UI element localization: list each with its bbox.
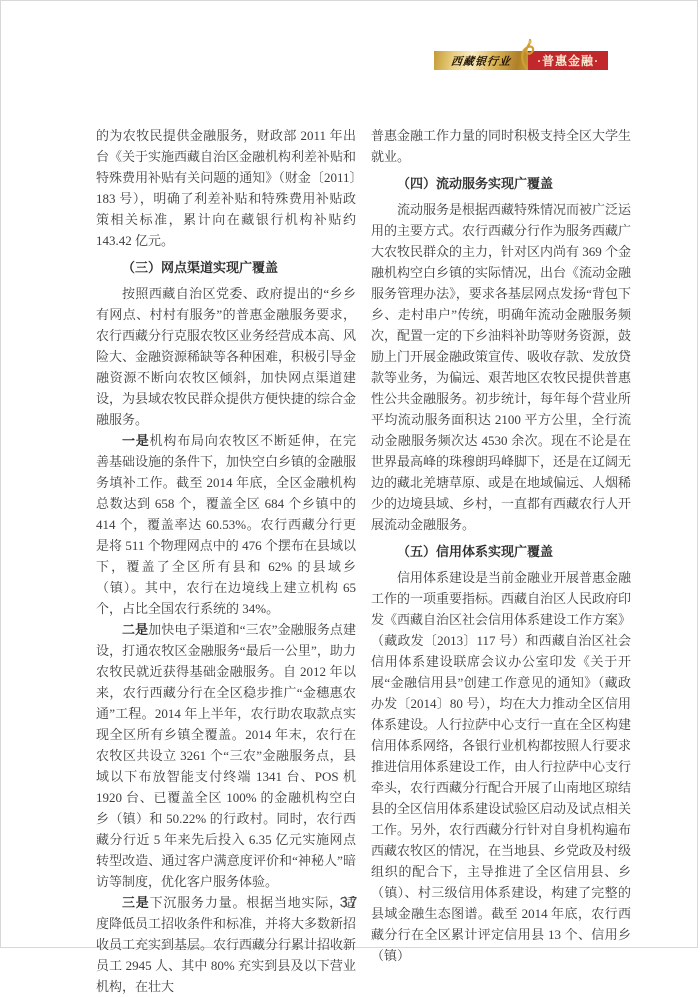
- paragraph-text: 普惠金融工作力量的同时积极支持全区大学生就业。: [371, 128, 631, 164]
- heading-text: （五）信用体系实现广覆盖: [397, 544, 553, 559]
- paragraph-text: 按照西藏自治区党委、政府提出的“乡乡有网点、村村有服务”的普惠金融服务要求，农行…: [96, 286, 356, 427]
- journal-banner: 西藏银行业 ·普惠金融·: [434, 51, 608, 70]
- section-heading: （五）信用体系实现广覆盖: [371, 541, 631, 562]
- paragraph: 一是机构布局向农牧区不断延伸，在完善基础设施的条件下，加快空白乡镇的金融服务填补…: [96, 430, 356, 619]
- heading-text: （四）流动服务实现广覆盖: [397, 176, 553, 191]
- paragraph-text: 加快电子渠道和“三农”金融服务点建设，打通农牧区金融服务“最后一公里”，助力农牧…: [96, 622, 356, 889]
- paragraph: 的为农牧民提供金融服务，财政部 2011 年出台《关于实施西藏自治区金融机构利差…: [96, 125, 356, 251]
- flourish-ornament: [516, 39, 538, 70]
- right-column: 普惠金融工作力量的同时积极支持全区大学生就业。 （四）流动服务实现广覆盖 流动服…: [371, 125, 631, 997]
- left-column: 的为农牧民提供金融服务，财政部 2011 年出台《关于实施西藏自治区金融机构利差…: [96, 125, 356, 997]
- paragraph-lead: 二是: [122, 622, 148, 637]
- article-body: 的为农牧民提供金融服务，财政部 2011 年出台《关于实施西藏自治区金融机构利差…: [96, 125, 631, 997]
- section-plate: ·普惠金融·: [528, 51, 608, 70]
- paragraph: 按照西藏自治区党委、政府提出的“乡乡有网点、村村有服务”的普惠金融服务要求，农行…: [96, 283, 356, 430]
- section-label: ·普惠金融·: [537, 52, 599, 69]
- paragraph: 二是加快电子渠道和“三农”金融服务点建设，打通农牧区金融服务“最后一公里”，助力…: [96, 619, 356, 892]
- paragraph-text: 的为农牧民提供金融服务，财政部 2011 年出台《关于实施西藏自治区金融机构利差…: [96, 128, 356, 248]
- journal-title: 西藏银行业: [450, 53, 512, 69]
- paragraph: 流动服务是根据西藏特殊情况而被广泛运用的主要方式。农行西藏分行作为服务西藏广大农…: [371, 199, 631, 535]
- document-page: 西藏银行业 ·普惠金融· 的为农牧民提供金融服务，财政部 2011 年出台《关于…: [0, 0, 698, 948]
- paragraph-lead: 一是: [122, 433, 150, 448]
- paragraph-text: 机构布局向农牧区不断延伸，在完善基础设施的条件下，加快空白乡镇的金融服务填补工作…: [96, 433, 356, 616]
- section-heading: （四）流动服务实现广覆盖: [371, 173, 631, 194]
- section-heading: （三）网点渠道实现广覆盖: [96, 257, 356, 278]
- page-number: 37: [1, 894, 697, 911]
- paragraph: 普惠金融工作力量的同时积极支持全区大学生就业。: [371, 125, 631, 167]
- paragraph-text: 流动服务是根据西藏特殊情况而被广泛运用的主要方式。农行西藏分行作为服务西藏广大农…: [371, 202, 631, 532]
- heading-text: （三）网点渠道实现广覆盖: [122, 260, 278, 275]
- journal-title-plate: 西藏银行业: [434, 51, 528, 70]
